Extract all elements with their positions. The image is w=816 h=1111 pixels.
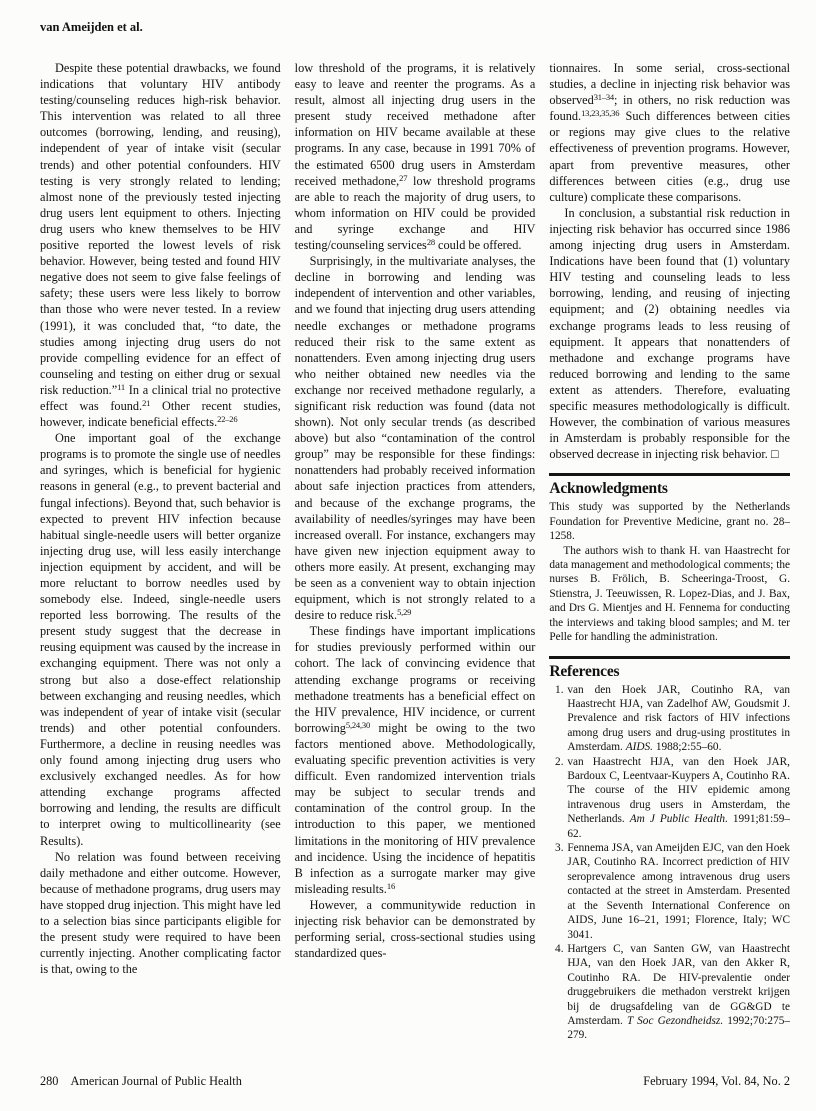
paragraph: However, a communitywide reduction in in…: [295, 897, 536, 961]
column-3: tionnaires. In some serial, cross-sectio…: [549, 60, 790, 1065]
references-list: van den Hoek JAR, Coutinho RA, van Haast…: [549, 683, 790, 1043]
article-body: Despite these potential drawbacks, we fo…: [40, 60, 790, 1065]
journal-name: American Journal of Public Health: [70, 1074, 241, 1089]
page-footer: 280 American Journal of Public Health Fe…: [40, 1074, 790, 1089]
paragraph: tionnaires. In some serial, cross-sectio…: [549, 60, 790, 205]
paragraph: No relation was found between receiving …: [40, 849, 281, 978]
issue-info: February 1994, Vol. 84, No. 2: [643, 1074, 790, 1089]
column-2: low threshold of the programs, it is rel…: [295, 60, 536, 1065]
reference-item: Hartgers C, van Santen GW, van Haastrech…: [566, 942, 790, 1043]
references-divider: [549, 656, 790, 659]
paragraph: Despite these potential drawbacks, we fo…: [40, 60, 281, 430]
paragraph: low threshold of the programs, it is rel…: [295, 60, 536, 253]
reference-item: van den Hoek JAR, Coutinho RA, van Haast…: [566, 683, 790, 755]
journal-page: van Ameijden et al. Despite these potent…: [0, 0, 816, 1111]
acknowledgments-body: This study was supported by the Netherla…: [549, 500, 790, 644]
paragraph: The authors wish to thank H. van Haastre…: [549, 544, 790, 645]
paragraph: In conclusion, a substantial risk reduct…: [549, 205, 790, 463]
paragraph: Surprisingly, in the multivariate analys…: [295, 253, 536, 623]
column-3-text: tionnaires. In some serial, cross-sectio…: [549, 60, 790, 462]
paragraph: One important goal of the exchange progr…: [40, 430, 281, 848]
acknowledgments-heading: Acknowledgments: [549, 481, 790, 497]
acknowledgments-divider: [549, 473, 790, 476]
paragraph: These findings have important implicatio…: [295, 623, 536, 897]
paragraph: This study was supported by the Netherla…: [549, 500, 790, 543]
page-number: 280: [40, 1074, 58, 1089]
running-head: van Ameijden et al.: [40, 20, 790, 35]
reference-item: van Haastrecht HJA, van den Hoek JAR, Ba…: [566, 755, 790, 841]
footer-left: 280 American Journal of Public Health: [40, 1074, 242, 1089]
column-1: Despite these potential drawbacks, we fo…: [40, 60, 281, 1065]
references-heading: References: [549, 664, 790, 680]
reference-item: Fennema JSA, van Ameijden EJC, van den H…: [566, 841, 790, 942]
